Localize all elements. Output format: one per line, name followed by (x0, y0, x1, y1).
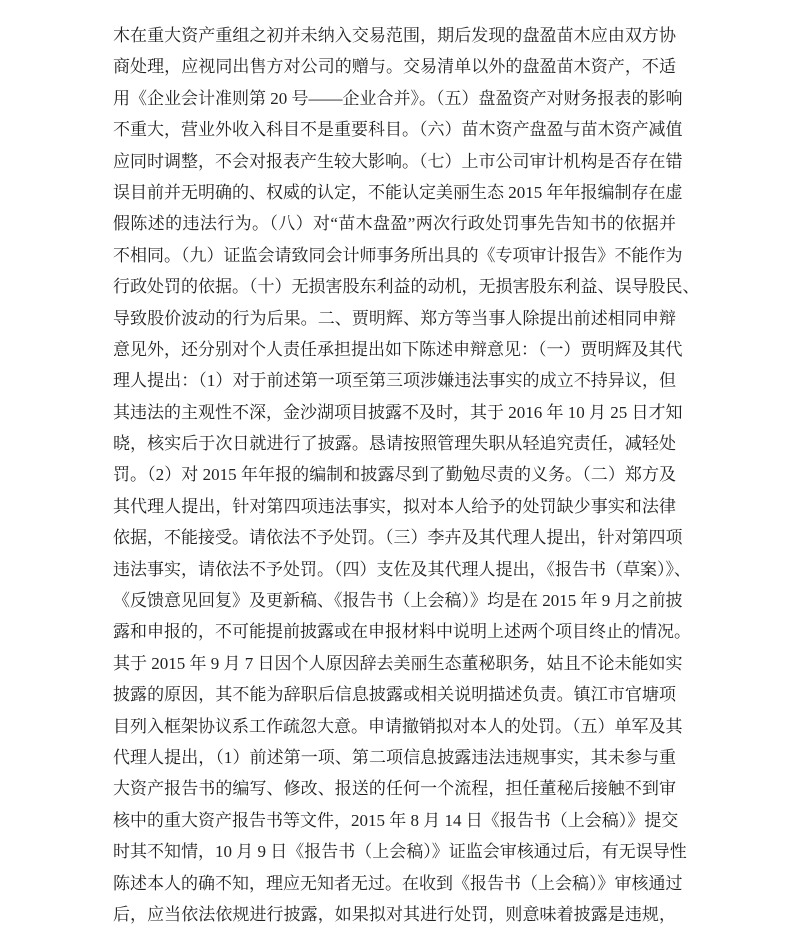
text-line: 露和申报的，不可能提前披露或在申报材料中说明上述两个项目终止的情况。 (113, 616, 676, 647)
text-line: 晓，核实后于次日就进行了披露。恳请按照管理失职从轻追究责任，减轻处 (113, 428, 676, 459)
text-line: 依据，不能接受。请依法不予处罚。（三）李卉及其代理人提出，针对第四项 (113, 522, 676, 553)
text-line: 《反馈意见回复》及更新稿、《报告书（上会稿）》均是在 2015 年 9 月之前披 (113, 585, 676, 616)
text-line: 假陈述的违法行为。（八）对“苗木盘盈”两次行政处罚事先告知书的依据并 (113, 208, 676, 239)
text-line: 违法事实，请依法不予处罚。（四）支佐及其代理人提出，《报告书（草案）》、 (113, 554, 676, 585)
text-line: 不相同。（九）证监会请致同会计师事务所出具的《专项审计报告》不能作为 (113, 240, 676, 271)
text-line: 理人提出：（1）对于前述第一项至第三项涉嫌违法事实的成立不持异议，但 (113, 365, 676, 396)
text-line: 应同时调整，不会对报表产生较大影响。（七）上市公司审计机构是否存在错 (113, 146, 676, 177)
text-line: 不重大，营业外收入科目不是重要科目。（六）苗木资产盘盈与苗木资产减值 (113, 114, 676, 145)
text-line: 其于 2015 年 9 月 7 日因个人原因辞去美丽生态董秘职务，姑且不论未能如… (113, 648, 676, 679)
text-line: 核中的重大资产报告书等文件，2015 年 8 月 14 日《报告书（上会稿）》提… (113, 805, 676, 836)
text-line: 导致股价波动的行为后果。二、贾明辉、郑方等当事人除提出前述相同申辩 (113, 303, 676, 334)
text-line: 目列入框架协议系工作疏忽大意。申请撤销拟对本人的处罚。（五）单军及其 (113, 711, 676, 742)
text-line: 披露的原因，其不能为辞职后信息披露或相关说明描述负责。镇江市官塘项 (113, 679, 676, 710)
document-page: 木在重大资产重组之初并未纳入交易范围，期后发现的盘盈苗木应由双方协商处理，应视同… (0, 0, 789, 940)
text-line: 木在重大资产重组之初并未纳入交易范围，期后发现的盘盈苗木应由双方协 (113, 20, 676, 51)
text-line: 代理人提出，（1）前述第一项、第二项信息披露违法违规事实，其未参与重 (113, 742, 676, 773)
text-line: 陈述本人的确不知，理应无知者无过。在收到《报告书（上会稿）》审核通过 (113, 868, 676, 899)
text-line: 误目前并无明确的、权威的认定，不能认定美丽生态 2015 年年报编制存在虚 (113, 177, 676, 208)
body-text-block: 木在重大资产重组之初并未纳入交易范围，期后发现的盘盈苗木应由双方协商处理，应视同… (113, 20, 676, 930)
text-line: 意见外，还分别对个人责任承担提出如下陈述申辩意见：（一）贾明辉及其代 (113, 334, 676, 365)
text-line: 大资产报告书的编写、修改、报送的任何一个流程，担任董秘后接触不到审 (113, 773, 676, 804)
text-line: 行政处罚的依据。（十）无损害股东利益的动机，无损害股东利益、误导股民、 (113, 271, 676, 302)
text-line: 后，应当依法依规进行披露，如果拟对其进行处罚，则意味着披露是违规， (113, 899, 676, 930)
text-line: 时其不知情，10 月 9 日《报告书（上会稿）》证监会审核通过后，有无误导性 (113, 836, 676, 867)
text-line: 其违法的主观性不深，金沙湖项目披露不及时，其于 2016 年 10 月 25 日… (113, 397, 676, 428)
text-line: 其代理人提出，针对第四项违法事实，拟对本人给予的处罚缺少事实和法律 (113, 491, 676, 522)
text-line: 商处理，应视同出售方对公司的赠与。交易清单以外的盘盈苗木资产，不适 (113, 51, 676, 82)
text-line: 用《企业会计准则第 20 号——企业合并》。（五）盘盈资产对财务报表的影响 (113, 83, 676, 114)
text-line: 罚。（2）对 2015 年年报的编制和披露尽到了勤勉尽责的义务。（二）郑方及 (113, 459, 676, 490)
